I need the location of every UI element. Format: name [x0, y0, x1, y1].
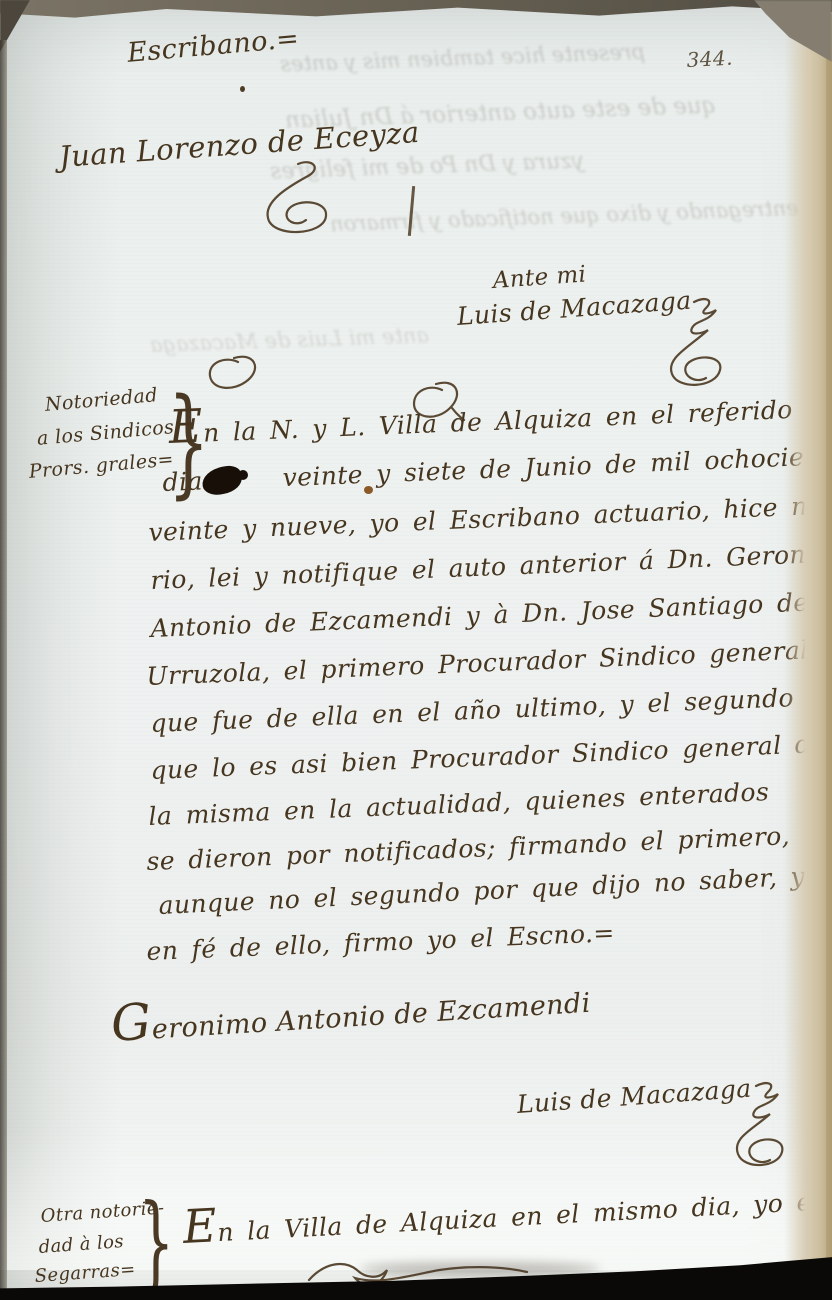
shadow-smear: [360, 1262, 600, 1276]
page-number: 344.: [686, 46, 733, 72]
left-margin-shade: [0, 0, 120, 1300]
manuscript-scan: presente hice tambien mis y antes que de…: [0, 0, 832, 1300]
rubric-flourish-icon: [648, 296, 743, 396]
ink-blot: [238, 470, 248, 480]
ink-dot: [240, 86, 245, 92]
brown-speck: [364, 486, 373, 494]
rubric-flourish-icon: [238, 158, 343, 243]
page-deckle-edge: [784, 14, 832, 1262]
binding-gutter-edge: [0, 40, 7, 1300]
binding-edge-streak: [826, 0, 832, 1300]
margin-brace: }: [138, 1190, 174, 1294]
pen-loop-flourish-icon: [204, 352, 264, 398]
